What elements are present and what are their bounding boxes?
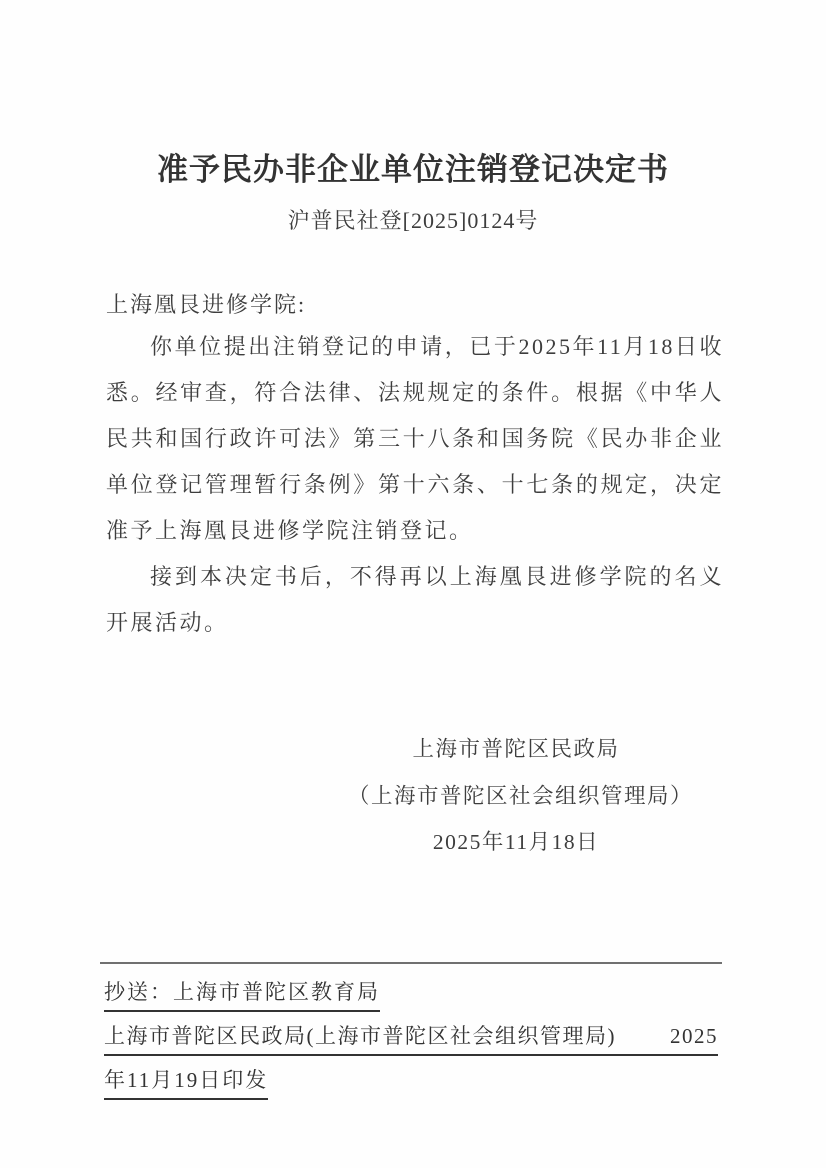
footer-cc-line: 抄送：上海市普陀区教育局 bbox=[104, 976, 380, 1012]
document-number: 沪普民社登[2025]0124号 bbox=[0, 204, 826, 235]
body-paragraph: 接到本决定书后，不得再以上海凰艮进修学院的名义开展活动。 bbox=[106, 554, 724, 646]
document-page: 准予民办非企业单位注销登记决定书 沪普民社登[2025]0124号 上海凰艮进修… bbox=[0, 0, 826, 1168]
document-body: 你单位提出注销登记的申请，已于2025年11月18日收悉。经审查，符合法律、法规… bbox=[106, 324, 724, 646]
footer-issuer-text: 上海市普陀区民政局(上海市普陀区社会组织管理局) bbox=[104, 1020, 616, 1050]
footer-issuer-line: 上海市普陀区民政局(上海市普陀区社会组织管理局) 2025 bbox=[104, 1020, 718, 1056]
addressee-line: 上海凰艮进修学院: bbox=[106, 288, 306, 319]
signature-date: 2025年11月18日 bbox=[348, 819, 684, 866]
footer-issue-year: 2025 bbox=[670, 1024, 718, 1049]
footer-issue-date-line: 年11月19日印发 bbox=[104, 1064, 268, 1100]
signature-org-alias: （上海市普陀区社会组织管理局） bbox=[348, 773, 684, 820]
body-paragraph: 你单位提出注销登记的申请，已于2025年11月18日收悉。经审查，符合法律、法规… bbox=[106, 324, 724, 554]
signature-org: 上海市普陀区民政局 bbox=[348, 726, 684, 773]
document-title: 准予民办非企业单位注销登记决定书 bbox=[0, 144, 826, 189]
signature-block: 上海市普陀区民政局 （上海市普陀区社会组织管理局） 2025年11月18日 bbox=[348, 726, 684, 866]
footer-separator-rule bbox=[100, 962, 722, 964]
